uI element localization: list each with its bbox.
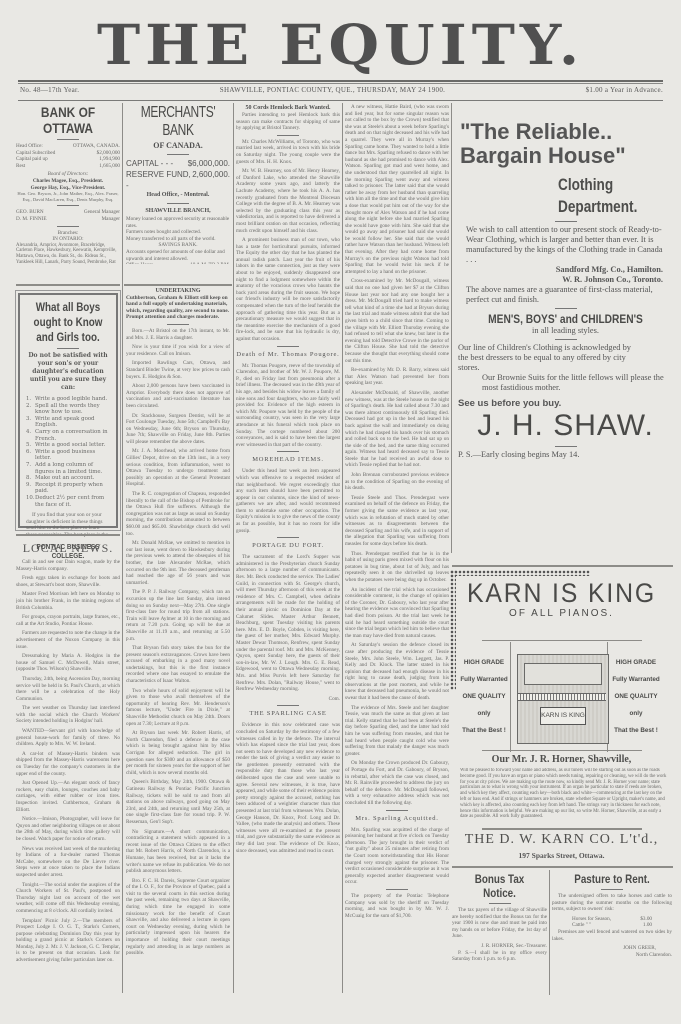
news-item: Mr. Charles McWilliams, of Toronto, who …	[236, 139, 340, 165]
news-item: Master Fred Morrison left here on Monday…	[16, 591, 120, 611]
news-item: Notice.—Imison, Photographer, will leave…	[16, 816, 120, 842]
list-item: 2.Spell all the words they know how to u…	[26, 403, 110, 416]
list-item: 10.Deduct 2½ per cent from the face of i…	[26, 495, 110, 508]
boys-ad-title: What all Boys ought to Know and Girls to…	[34, 300, 103, 345]
news-item: Mr. J. A. Moorhead, who arrived home fro…	[126, 448, 230, 488]
news-item: Fresh eggs taken in exchange for boots a…	[16, 575, 120, 588]
karn-piano-ad: KARN IS KING OF ALL PIANOS. HIGH GRADEFu…	[450, 570, 673, 845]
morehead-heading: MOREHEAD ITEMS.	[236, 455, 340, 465]
reliable-bargain-house: "The Reliable.. Bargain House"	[458, 120, 673, 168]
news-item: Mr. W. B. Hearney, son of Mr. Henry Hear…	[236, 168, 340, 234]
news-item: John Brennan corroborated previous evide…	[345, 472, 449, 492]
news-item: For groups, crayon portraits, large fram…	[16, 614, 120, 627]
sparling-heading: THE SPARLING CASE	[236, 709, 340, 719]
news-item: Dressmaking by Maria A. Hodgins in the h…	[16, 653, 120, 673]
local-news-column: LOCAL NEWS. Call in and see our Dain wag…	[16, 537, 120, 1022]
news-item: Re-examined by Mr. D. R. Barry, witness …	[345, 367, 449, 387]
column-rule	[342, 103, 343, 993]
shaw-clothing-ad: "The Reliable.. Bargain House" Clothing …	[458, 108, 673, 553]
news-item: No Signature.—A short communication, con…	[126, 829, 230, 875]
list-item: 5.Write a good social letter.	[26, 442, 110, 449]
hemlock-heading: 50 Cords Hemlock Bark Wanted.	[236, 104, 340, 112]
piano-illustration: KARN IS KING	[517, 654, 609, 744]
bank-ottawa-title: BANK OF OTTAWA	[24, 104, 112, 136]
death-heading: Death of Mr. Thomas Pougore.	[236, 350, 340, 360]
news-item: Thos. Prendergast testified that he is i…	[345, 551, 449, 584]
news-item: An incident of the trial which has occas…	[345, 587, 449, 640]
subscription-price: $1.00 a Year in Advance.	[586, 86, 663, 98]
list-item: 4.Carry on a conversation in French.	[26, 429, 110, 442]
column-rule	[451, 103, 452, 553]
bonus-tax-notice: Bonus Tax Notice. The tax payers of the …	[452, 872, 547, 1002]
news-item: A new witness, Hattie Baird, (who was sw…	[345, 104, 449, 275]
news-item: Bro. F. C. H. Dareis, Supreme Court orga…	[126, 878, 230, 957]
pasture-ad: Pasture to Rent. The undersigned offers …	[552, 872, 672, 1002]
news-item: Tessie Steele and Thos. Prendergast were…	[345, 495, 449, 548]
news-item: Tonight.—The social under the auspices o…	[16, 882, 120, 915]
news-column-3: 50 Cords Hemlock Bark Wanted. Parties in…	[236, 104, 340, 1022]
karn-features-right: HIGH GRADEFully WarrantedONE QUALITYonly…	[612, 654, 660, 739]
news-item: A car-lot of Massey-Harris binders was s…	[16, 751, 120, 777]
news-item: On Monday the Crown produced Dr. Gaboury…	[345, 760, 449, 806]
news-item: The wet weather on Thursday last interfe…	[16, 705, 120, 725]
news-item: Just Opened Up.—An elegant stock of fanc…	[16, 780, 120, 813]
acquitted-heading: Mrs. Sparling Acquitted.	[345, 814, 449, 824]
karn-features-left: HIGH GRADEFully WarrantedONE QUALITYonly…	[460, 654, 508, 739]
news-item: The R. C. congregation of Chapeau, respo…	[126, 491, 230, 537]
news-item: At Bryson last week Mr. Robert Harris, o…	[126, 730, 230, 776]
karn-company: THE D. W. KARN CO. L't'd.,	[450, 832, 673, 848]
masthead-rule	[18, 80, 663, 84]
issue-number: No. 48—17th Year.	[20, 86, 79, 98]
date-location: SHAWVILLE, PONTIAC COUNTY, QUE., THURSDA…	[220, 86, 445, 98]
news-item: Dr. Stackhouse, Surgeon Dentist, will be…	[126, 413, 230, 446]
column-rule	[122, 103, 123, 993]
news-column-2: UNDERTAKING Cuthbertson, Graham & Elliot…	[126, 288, 230, 1020]
portage-heading: PORTAGE DU FORT.	[236, 541, 340, 551]
merchants-bank-ad: MERCHANTS' BANK OF CANADA. CAPITAL - - -…	[126, 104, 230, 264]
news-item: The evidence of Mrs. Steele and her daug…	[345, 705, 449, 758]
news-item: A prominent business man of our town, wh…	[236, 237, 340, 343]
list-item: 3.Write and speak good English.	[26, 416, 110, 429]
column-rule	[233, 103, 234, 993]
masthead: THE EQUITY. No. 48—17th Year. SHAWVILLE,…	[0, 0, 681, 90]
list-item: 7.Add a long column of figures in a limi…	[26, 462, 110, 475]
news-item: Alexander McDonald, of Shawville, anothe…	[345, 390, 449, 469]
news-item: Cross-examined by Mr. McDougall, witness…	[345, 278, 449, 364]
dateline-rule	[18, 100, 663, 101]
news-item: Now is your time if you wish for a view …	[126, 344, 230, 357]
business-college-ad: What all Boys ought to Know and Girls to…	[18, 293, 118, 528]
bonus-tax-title: Bonus Tax Notice.	[461, 872, 539, 900]
news-item: About 2,000 persons have been vaccinated…	[126, 383, 230, 409]
dateline: No. 48—17th Year. SHAWVILLE, PONTIAC COU…	[20, 86, 663, 98]
list-item: 1.Write a good legible hand.	[26, 396, 110, 403]
news-item: Templars' Picnic July 2.—The members of …	[16, 918, 120, 964]
news-item: Mr. Donald McRae, we omitted to mention …	[126, 540, 230, 586]
karn-title: KARN IS KING	[459, 578, 664, 608]
dotted-border	[450, 570, 590, 576]
news-item: Thursday, 24th, being Ascension Day, mor…	[16, 676, 120, 702]
news-item: News was received last week of the murde…	[16, 846, 120, 879]
news-item: At Saturday's session the defence closed…	[345, 642, 449, 701]
list-item: 8.Make out an account.	[26, 475, 110, 482]
dotted-border	[450, 570, 456, 690]
newspaper-title: THE EQUITY.	[0, 12, 681, 79]
merchants-bank-title: MERCHANTS' BANK	[139, 104, 217, 140]
pasture-title: Pasture to Rent.	[563, 872, 661, 886]
news-item: Born.—At Bristol on the 17th instant, to…	[126, 328, 230, 341]
shaw-name: J. H. SHAW.	[458, 409, 673, 443]
news-item: Queen's Birthday, May 24th, 1900. Ottawa…	[126, 779, 230, 825]
news-item: That Bryson fish story takes the bun for…	[126, 645, 230, 685]
news-item: The P. P. J. Railway Company, which ran …	[126, 589, 230, 642]
news-item: Farmers are requested to note the change…	[16, 630, 120, 650]
news-column-4: A new witness, Hattie Baird, (who was sw…	[345, 104, 449, 1022]
news-item: Imported Rawlings Cars, Ottawa, and Stan…	[126, 360, 230, 380]
list-item: 9.Receipt it properly when paid.	[26, 482, 110, 495]
news-item: WANTED—Servant girl with knowledge of ge…	[16, 728, 120, 748]
news-item: Call in and see our Dain wagon, made by …	[16, 559, 120, 572]
news-item: Two whole hours of solid enjoyment will …	[126, 688, 230, 728]
local-news-heading: LOCAL NEWS.	[16, 541, 120, 555]
bank-of-ottawa-ad: BANK OF OTTAWA Head Office:OTTAWA, CANAD…	[16, 104, 120, 264]
list-item: 6.Write a good business letter.	[26, 449, 110, 462]
skills-list: 1.Write a good legible hand. 2.Spell all…	[26, 396, 110, 508]
